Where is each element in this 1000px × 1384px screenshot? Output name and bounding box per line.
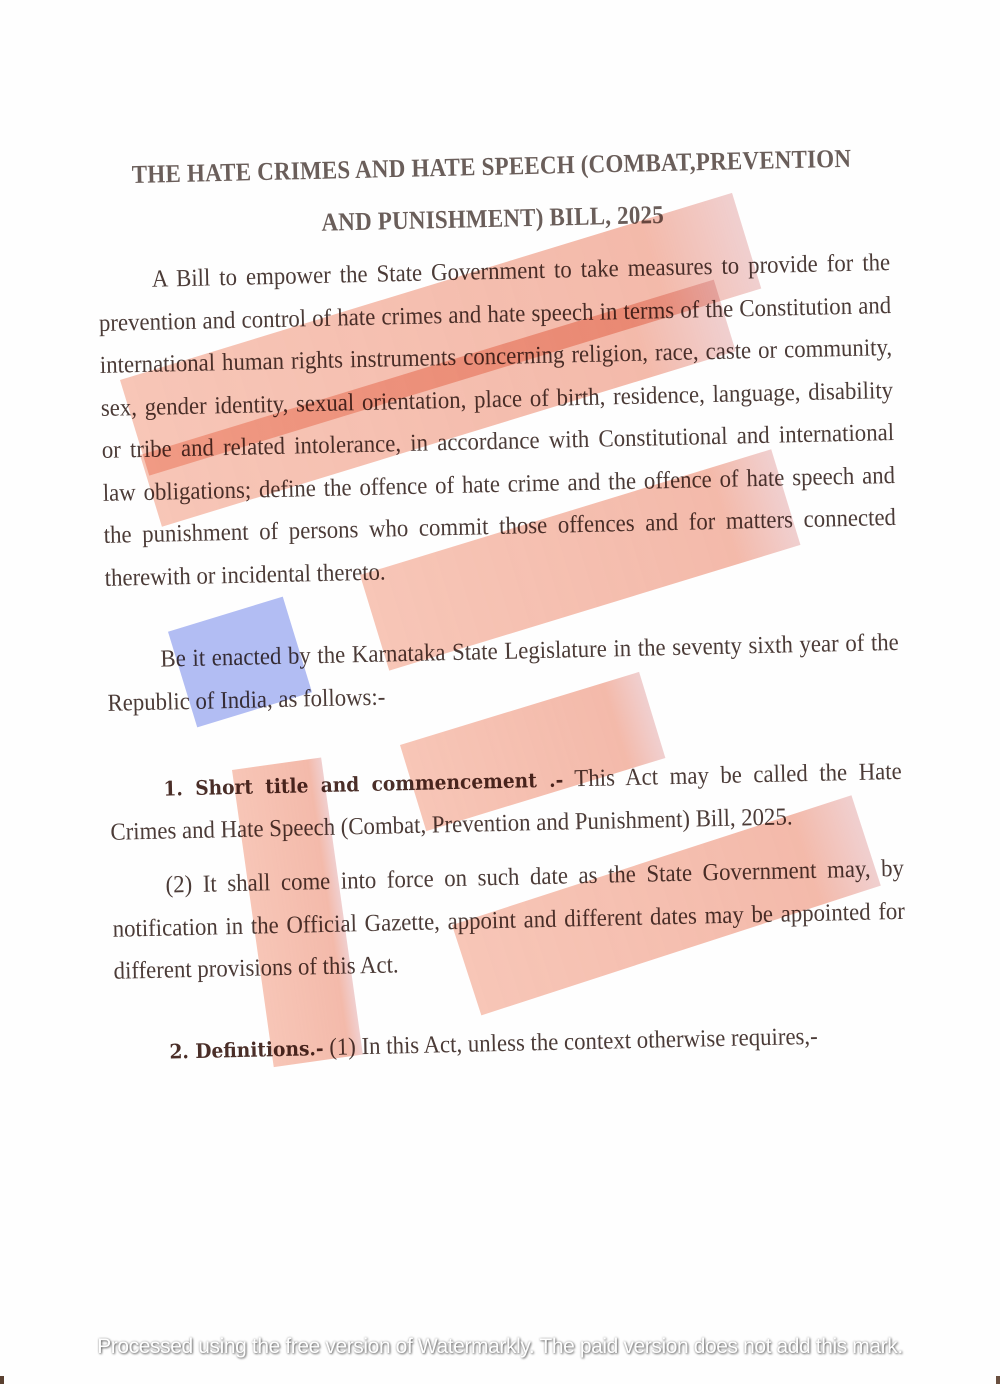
section-2: 2. Definitions.- (1) In this Act, unless… [115,1013,908,1073]
scan-edge-left [0,1376,4,1384]
enacting-clause: Be it enacted by the Karnataka State Leg… [106,622,900,725]
section-1: 1. Short title and commencement .- This … [109,751,903,854]
section-2-heading: 2. Definitions.- [169,1036,324,1063]
bill-preamble: A Bill to empower the State Government t… [97,242,897,600]
section-1-heading: 1. Short title and commencement .- [163,768,563,801]
watermark-text: Processed using the free version of Wate… [0,1335,1000,1359]
document-page: THE HATE CRIMES AND HATE SPEECH (COMBAT,… [0,0,1000,1384]
bill-document: THE HATE CRIMES AND HATE SPEECH (COMBAT,… [95,132,908,1074]
section-1-subclause-2: (2) It shall come into force on such dat… [111,848,906,993]
scan-edge-right [996,1376,1000,1384]
section-2-text: (1) In this Act, unless the context othe… [323,1022,818,1060]
